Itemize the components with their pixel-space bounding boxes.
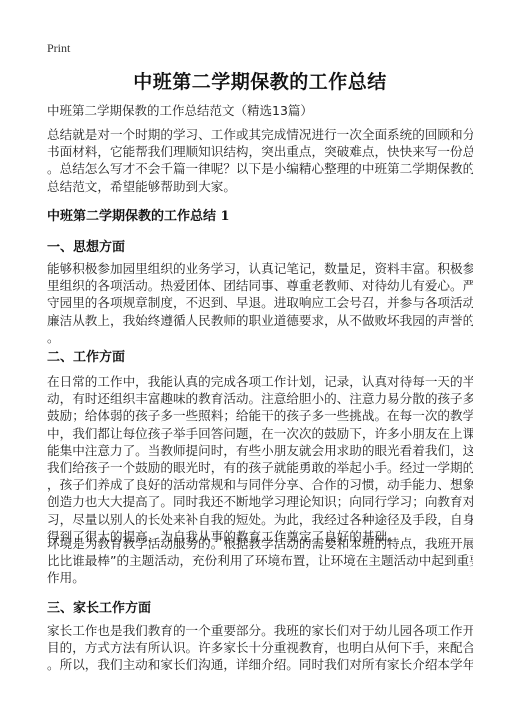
text-line: 鼓励；给体弱的孩子多一些照料；给能干的孩子多一些挑战。在每一次的教学活动 [47, 407, 473, 424]
text-line: 在日常的工作中，我能认真的完成各项工作计划，记录，认真对待每一天的半日活 [47, 373, 473, 390]
text-line: 习，尽量以别人的长处来补自我的短处。为此，我经过各种途径及手段，自身素质 [47, 511, 473, 528]
text-line: 廉洁从教上，我始终遵循人民教师的职业道德要求，从不做败坏我园的声誉的事情 [47, 312, 473, 329]
page-title: 中班第二学期保教的工作总结 [47, 67, 473, 94]
text-line: 环境是为教育教学活动服务的。根据教学活动的需要和本班的特点，我班开展了“ [47, 535, 473, 552]
section-title: 中班第二学期保教的工作总结 1 [47, 205, 230, 224]
text-line: 我们给孩子一个鼓励的眼光时，有的孩子就能勇敢的举起小手。经过一学期的活动 [47, 459, 473, 476]
text-line: 。总结怎么写才不会千篇一律呢？以下是小编精心整理的中班第二学期保教的工作 [47, 160, 473, 177]
text-line: 。所以，我们主动和家长们沟通，详细介绍。同时我们对所有家长介绍本学年开展 [47, 656, 473, 673]
text-line: 能集中注意力了。当教师提问时，有些小朋友就会用求助的眼光看着我们，这时当 [47, 442, 473, 459]
text-line: 。 [47, 329, 473, 346]
section-heading-3: 三、家长工作方面 [47, 597, 151, 616]
text-line: 比比谁最棒”的主题活动，充份利用了环境布置，让环境在主题活动中起到重要的 [47, 552, 473, 569]
intro-paragraph: 总结就是对一个时期的学习、工作或其完成情况进行一次全面系统的回顾和分析的 书面材… [47, 126, 473, 195]
text-line: 动，有时还组织丰富趣味的教育活动。注意给胆小的、注意力易分散的孩子多一些 [47, 390, 473, 407]
page-subtitle: 中班第二学期保教的工作总结范文（精选13篇） [47, 101, 313, 119]
section-heading-2: 二、工作方面 [47, 346, 125, 365]
text-line: ，孩子们养成了良好的活动常规和与同伴分享、合作的习惯，动手能力、想象力、 [47, 476, 473, 493]
text-line: 能够积极参加园里组织的业务学习，认真记笔记，数量足，资料丰富。积极参加园 [47, 260, 473, 277]
text-line: 家长工作也是我们教育的一个重要部分。我班的家长们对于幼儿园各项工作开展的 [47, 622, 473, 639]
text-line: 总结范文，希望能够帮助到大家。 [47, 178, 473, 195]
text-line: 作用。 [47, 569, 473, 586]
text-line: 目的，方式方法有所认识。许多家长十分重视教育，也明白从何下手，来配合教师 [47, 639, 473, 656]
text-line: 书面材料，它能帮我们理顺知识结构，突出重点，突破难点，快快来写一份总结吧 [47, 143, 473, 160]
print-link[interactable]: Print [47, 41, 70, 56]
section-2-paragraph-2: 环境是为教育教学活动服务的。根据教学活动的需要和本班的特点，我班开展了“ 比比谁… [47, 535, 473, 587]
section-1-paragraph: 能够积极参加园里组织的业务学习，认真记笔记，数量足，资料丰富。积极参加园 里组织… [47, 260, 473, 346]
section-3-paragraph: 家长工作也是我们教育的一个重要部分。我班的家长们对于幼儿园各项工作开展的 目的，… [47, 622, 473, 674]
text-line: 总结就是对一个时期的学习、工作或其完成情况进行一次全面系统的回顾和分析的 [47, 126, 473, 143]
section-heading-1: 一、思想方面 [47, 236, 125, 255]
text-line: 中，我们都让每位孩子举手回答问题，在一次次的鼓励下，许多小朋友在上课时都 [47, 425, 473, 442]
text-line: 里组织的各项活动。热爱团体、团结同事、尊重老教师、对待幼儿有爱心。严格遵 [47, 277, 473, 294]
text-line: 守园里的各项规章制度，不迟到、早退。进取响应工会号召，并参与各项活动。在 [47, 294, 473, 311]
section-2-paragraph: 在日常的工作中，我能认真的完成各项工作计划，记录，认真对待每一天的半日活 动，有… [47, 373, 473, 545]
text-line: 创造力也大大提高了。同时我还不断地学习理论知识；向同行学习；向教育对象学 [47, 493, 473, 510]
